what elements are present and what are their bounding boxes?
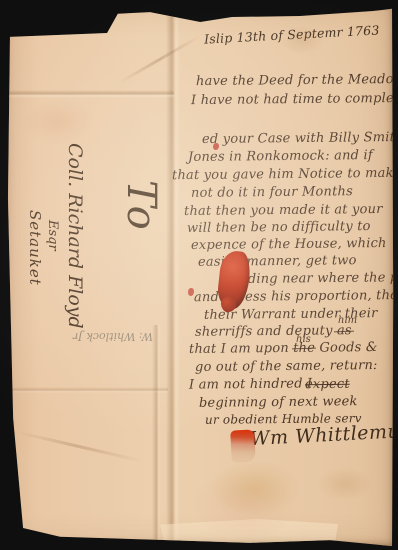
lower-fold-edge: [152, 325, 161, 550]
vertical-fold-crease: [166, 0, 180, 550]
horizontal-crease-top: [8, 90, 174, 98]
struck-word: expect: [305, 377, 350, 392]
superscript-insertion: his: [296, 334, 311, 345]
body-line: not do it in four Months: [191, 184, 353, 201]
address-to: To: [118, 180, 164, 232]
superscript-insertion: him: [338, 315, 357, 326]
body-line: ed your Case with Billy Smith: [202, 130, 398, 147]
letter-paper: Islip 13th of Septemr 1763 have the Deed…: [0, 0, 398, 550]
body-line: Jones in Ronkomock: and if: [188, 148, 373, 165]
body-line: riding near where the place: [237, 270, 398, 287]
body-line: I am not hindred I: [189, 376, 313, 392]
date-line: Islip 13th of Septemr 1763: [204, 22, 380, 46]
address-recipient: Coll. Richard Floyd: [64, 143, 86, 329]
photo-backdrop: Islip 13th of Septemr 1763 have the Deed…: [0, 0, 398, 550]
body-line: beginning of next week: [199, 394, 358, 411]
body-line: that you gave him Notice to make: [172, 166, 398, 183]
body-line: that I am upon the Goods &: [189, 340, 378, 357]
red-wax-residue: [230, 429, 256, 462]
body-line: have the Deed for the Meadow: [196, 72, 398, 89]
body-line: that then you made it at your: [184, 202, 383, 219]
paper-flap-tab: [160, 519, 338, 547]
body-line: sherriffs and deputy as: [195, 323, 352, 340]
address-town: Setauket: [26, 210, 44, 286]
body-line: I have not had time to compleat: [191, 91, 398, 108]
body-line: will then be no difficulty to: [187, 219, 371, 236]
body-line: go out of the same, return:: [195, 358, 378, 375]
body-line: expence of the House, which: [191, 236, 387, 253]
address-honorific: Esqr: [45, 220, 60, 251]
address-block: To Coll. Richard Floyd Esqr Setauket: [20, 125, 150, 465]
diagonal-crease-top: [118, 34, 202, 84]
pencil-annotation: W: Whitlock Jr: [58, 330, 153, 343]
